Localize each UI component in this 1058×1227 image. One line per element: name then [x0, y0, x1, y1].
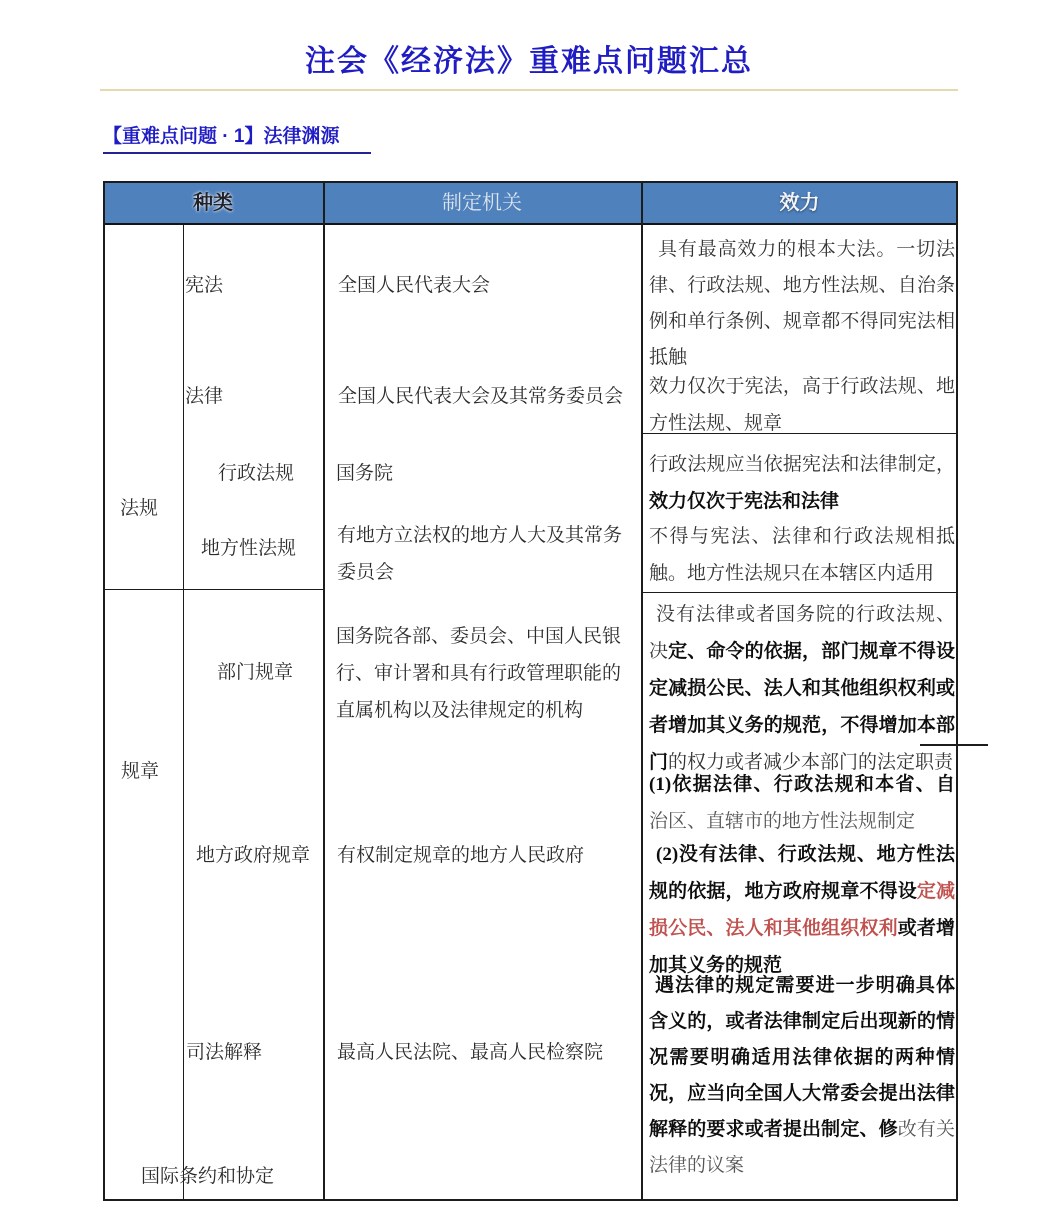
effect-law: 效力仅次于宪法，高于行政法规、地方性法规、规章: [649, 368, 955, 442]
maker-judicial-interpretation: 最高人民法院、最高人民检察院: [337, 1034, 635, 1071]
header-col-type: 种类: [103, 191, 323, 215]
maker-law: 全国人民代表大会及其常务委员会: [338, 378, 634, 415]
maker-local-gov-rule: 有权制定规章的地方人民政府: [337, 837, 635, 874]
table-gridline: [183, 225, 184, 1201]
effect-local-gov-item2: (2)没有法律、行政法规、地方性法规的依据，地方政府规章不得设定减损公民、法人和…: [649, 836, 955, 984]
header-col-maker: 制定机关: [323, 191, 641, 215]
type-label-admin-regulation: 行政法规: [218, 455, 294, 492]
effect-admin-regulation: 行政法规应当依据宪法和法律制定，效力仅次于宪法和法律: [649, 446, 955, 520]
table-gridline: [956, 181, 958, 1201]
maker-admin-regulation: 国务院: [336, 455, 632, 492]
table-gridline: [641, 181, 643, 1201]
effect-admin-bold: 效力仅次于宪法和法律: [649, 491, 839, 512]
effect-localgov-item1-normal: 治区、直辖市的地方性法规制定: [649, 811, 915, 832]
maker-department-rule: 国务院各部、委员会、中国人民银行、审计署和具有行政管理职能的直属机构以及法律规定…: [336, 618, 638, 729]
type-label-judicial-interpretation: 司法解释: [186, 1034, 262, 1071]
group-label-international: 国际条约和协定: [141, 1166, 274, 1188]
table-gridline: [641, 592, 958, 593]
header-col-effect: 效力: [641, 191, 958, 215]
type-label-local-gov-rule: 地方政府规章: [196, 837, 310, 874]
type-label-constitution: 宪法: [185, 267, 223, 304]
document-page: 注会《经济法》重难点问题汇总 【重难点问题 · 1】法律渊源 种类 制定机关 效…: [0, 0, 1058, 1227]
type-label-local-regulation: 地方性法规: [201, 530, 296, 567]
table-gridline: [323, 181, 325, 1201]
type-label-law: 法律: [185, 378, 223, 415]
effect-judicial-bold: 遇法律的规定需要进一步明确具体含义的，或者法律制定后出现新的情况需要明确适用法律…: [649, 975, 955, 1140]
effect-local-regulation: 不得与宪法、法律和行政法规相抵触。地方性法规只在本辖区内适用: [649, 518, 955, 592]
maker-constitution: 全国人民代表大会: [338, 267, 634, 304]
effect-judicial-interpretation: 遇法律的规定需要进一步明确具体含义的，或者法律制定后出现新的情况需要明确适用法律…: [649, 968, 955, 1184]
group-label-regulations: 法规: [120, 498, 158, 520]
effect-department-rule: 没有法律或者国务院的行政法规、决定、命令的依据，部门规章不得设定减损公民、法人和…: [649, 596, 955, 781]
effect-local-gov-item1: (1)依据法律、行政法规和本省、自治区、直辖市的地方性法规制定: [649, 766, 955, 840]
table-gridline: [103, 181, 105, 1201]
maker-local-regulation: 有地方立法权的地方人大及其常务委员会: [337, 517, 635, 591]
type-label-department-rule: 部门规章: [217, 654, 293, 691]
effect-localgov-item2-bold: (2)没有法律、行政法规、地方性法规的依据，地方政府规章不得设: [649, 844, 955, 902]
table-gridline: [103, 1199, 958, 1201]
table-gridline: [103, 589, 325, 590]
law-sources-table: 种类 制定机关 效力 法规 规章 国际条约和协定 宪法 法律 行政法规 地方性法…: [0, 0, 1058, 1227]
effect-localgov-item1-bold: (1)依据法律、行政法规和本省、自: [649, 774, 955, 795]
effect-constitution: 具有最高效力的根本大法。一切法律、行政法规、地方性法规、自治条例和单行条例、规章…: [649, 232, 955, 376]
effect-admin-normal: 行政法规应当依据宪法和法律制定，: [649, 454, 955, 475]
group-label-rules: 规章: [121, 761, 159, 783]
